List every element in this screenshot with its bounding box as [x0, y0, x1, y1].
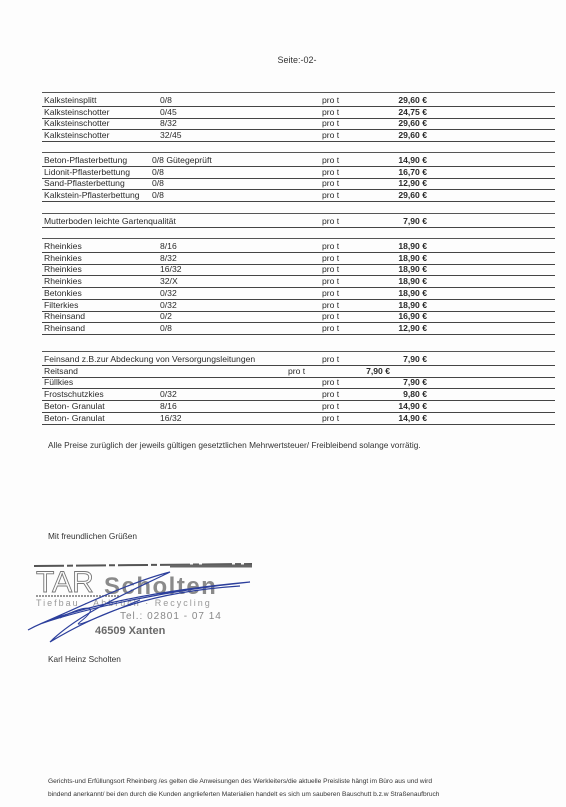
unit-label: pro t	[322, 106, 339, 118]
price-value: 7,90 €	[403, 353, 427, 365]
price-value: 29,60 €	[398, 117, 427, 129]
product-name: Mutterboden leichte Gartenqualität	[44, 215, 176, 227]
unit-label: pro t	[288, 365, 305, 377]
vat-note: Alle Preise zurüglich der jeweils gültig…	[48, 440, 421, 450]
price-value: 29,60 €	[398, 94, 427, 106]
product-name: Kalksteinsplitt	[44, 94, 97, 106]
price-value: 7,90 €	[403, 215, 427, 227]
page-number-header: Seite:-02-	[0, 55, 566, 65]
product-name: Beton- Granulat	[44, 400, 105, 412]
grain-size: 0/8	[160, 94, 172, 106]
price-row: Kalksteinschotter32/45pro t29,60 €	[42, 129, 555, 141]
row-underline	[42, 227, 555, 228]
product-name: Frostschutzkies	[44, 388, 104, 400]
grain-size: 0/45	[160, 106, 177, 118]
grain-size: 0/2	[160, 310, 172, 322]
price-value: 16,70 €	[398, 166, 427, 178]
unit-label: pro t	[322, 177, 339, 189]
price-value: 12,90 €	[398, 322, 427, 334]
legal-footer: Gerichts-und Erfüllungsort Rheinberg /es…	[48, 775, 439, 801]
price-value: 29,60 €	[398, 129, 427, 141]
price-row: Rheinkies8/16pro t18,90 €	[42, 240, 555, 252]
product-name: Füllkies	[44, 376, 73, 388]
grain-size: 8/32	[160, 117, 177, 129]
price-row: Betonkies0/32pro t18,90 €	[42, 287, 555, 299]
price-row: Füllkiespro t7,90 €	[42, 376, 555, 388]
price-row: Kalksteinsplitt0/8pro t29,60 €	[42, 94, 555, 106]
price-value: 24,75 €	[398, 106, 427, 118]
price-value: 18,90 €	[398, 275, 427, 287]
unit-label: pro t	[322, 353, 339, 365]
product-name: Kalksteinschotter	[44, 106, 109, 118]
unit-label: pro t	[322, 129, 339, 141]
price-row: Filterkies0/32pro t18,90 €	[42, 299, 555, 311]
group-divider	[42, 152, 555, 153]
product-name: Feinsand z.B.zur Abdeckung von Versorgun…	[44, 353, 255, 365]
price-row: Beton- Granulat8/16pro t14,90 €	[42, 400, 555, 412]
product-name: Beton- Granulat	[44, 412, 105, 424]
price-row: Kalkstein-Pflasterbettung0/8pro t29,60 €	[42, 189, 555, 201]
unit-label: pro t	[322, 117, 339, 129]
product-name: Betonkies	[44, 287, 82, 299]
product-name: Rheinkies	[44, 252, 82, 264]
group-divider	[42, 92, 555, 93]
price-value: 18,90 €	[398, 299, 427, 311]
price-row: Frostschutzkies0/32pro t9,80 €	[42, 388, 555, 400]
price-row: Beton-Pflasterbettung0/8 Gütegeprüftpro …	[42, 154, 555, 166]
stamp-city: 46509 Xanten	[95, 625, 166, 637]
price-row: Mutterboden leichte Gartenqualitätpro t7…	[42, 215, 555, 227]
price-value: 14,90 €	[398, 412, 427, 424]
stamp-logo-left: TAR	[36, 566, 94, 599]
grain-size: 16/32	[160, 263, 182, 275]
product-name: Rheinkies	[44, 275, 82, 287]
price-row: Feinsand z.B.zur Abdeckung von Versorgun…	[42, 353, 555, 365]
price-value: 14,90 €	[398, 154, 427, 166]
grain-size: 32/45	[160, 129, 182, 141]
price-value: 7,90 €	[366, 365, 390, 377]
unit-label: pro t	[322, 400, 339, 412]
grain-size: 0/32	[160, 299, 177, 311]
price-row: Beton- Granulat16/32pro t14,90 €	[42, 412, 555, 424]
unit-label: pro t	[322, 376, 339, 388]
unit-label: pro t	[322, 310, 339, 322]
price-value: 29,60 €	[398, 189, 427, 201]
unit-label: pro t	[322, 166, 339, 178]
product-name: Rheinkies	[44, 263, 82, 275]
product-name: Rheinkies	[44, 240, 82, 252]
row-underline	[42, 141, 555, 142]
price-row: Kalksteinschotter8/32pro t29,60 €	[42, 117, 555, 129]
product-name: Filterkies	[44, 299, 78, 311]
price-row: Rheinsand0/2pro t16,90 €	[42, 310, 555, 322]
grain-size: 16/32	[160, 412, 182, 424]
unit-label: pro t	[322, 299, 339, 311]
grain-size: 8/32	[160, 252, 177, 264]
unit-label: pro t	[322, 322, 339, 334]
price-value: 18,90 €	[398, 263, 427, 275]
unit-label: pro t	[322, 412, 339, 424]
grain-size: 0/8	[152, 166, 164, 178]
unit-label: pro t	[322, 287, 339, 299]
grain-size: 0/8	[160, 322, 172, 334]
product-name: Kalksteinschotter	[44, 117, 109, 129]
price-value: 9,80 €	[403, 388, 427, 400]
price-row: Rheinkies8/32pro t18,90 €	[42, 252, 555, 264]
product-name: Beton-Pflasterbettung	[44, 154, 127, 166]
unit-label: pro t	[322, 94, 339, 106]
product-name: Sand-Pflasterbettung	[44, 177, 125, 189]
price-value: 16,90 €	[398, 310, 427, 322]
group-divider	[42, 351, 555, 352]
product-name: Kalksteinschotter	[44, 129, 109, 141]
unit-label: pro t	[322, 154, 339, 166]
footer-line-1: Gerichts-und Erfüllungsort Rheinberg /es…	[48, 775, 439, 788]
company-stamp: TAR Scholten Tiefbau · Abbruch · Recycli…	[20, 552, 260, 652]
product-name: Rheinsand	[44, 322, 85, 334]
footer-line-2: bindend anerkannt/ bei den durch die Kun…	[48, 788, 439, 801]
unit-label: pro t	[322, 215, 339, 227]
stamp-graphic: TAR Scholten Tiefbau · Abbruch · Recycli…	[20, 552, 260, 652]
row-underline	[42, 201, 555, 202]
grain-size: 0/8	[152, 177, 164, 189]
price-value: 18,90 €	[398, 287, 427, 299]
price-value: 14,90 €	[398, 400, 427, 412]
product-name: Reitsand	[44, 365, 78, 377]
grain-size: 0/32	[160, 388, 177, 400]
price-row: Reitsandpro t7,90 €	[42, 365, 555, 377]
price-value: 18,90 €	[398, 240, 427, 252]
price-row: Rheinkies16/32pro t18,90 €	[42, 263, 555, 275]
price-row: Rheinsand0/8pro t12,90 €	[42, 322, 555, 334]
price-row: Kalksteinschotter0/45pro t24,75 €	[42, 106, 555, 118]
grain-size: 0/8 Gütegeprüft	[152, 154, 212, 166]
unit-label: pro t	[322, 275, 339, 287]
price-row: Sand-Pflasterbettung0/8pro t12,90 €	[42, 177, 555, 189]
group-divider	[42, 238, 555, 239]
unit-label: pro t	[322, 252, 339, 264]
row-underline	[42, 424, 555, 425]
stamp-phone: Tel.: 02801 - 07 14	[120, 611, 222, 622]
unit-label: pro t	[322, 189, 339, 201]
price-row: Rheinkies32/Xpro t18,90 €	[42, 275, 555, 287]
grain-size: 8/16	[160, 400, 177, 412]
product-name: Rheinsand	[44, 310, 85, 322]
unit-label: pro t	[322, 240, 339, 252]
product-name: Kalkstein-Pflasterbettung	[44, 189, 140, 201]
product-name: Lidonit-Pflasterbettung	[44, 166, 130, 178]
price-value: 7,90 €	[403, 376, 427, 388]
grain-size: 8/16	[160, 240, 177, 252]
grain-size: 0/8	[152, 189, 164, 201]
price-row: Lidonit-Pflasterbettung0/8pro t16,70 €	[42, 166, 555, 178]
row-underline	[42, 334, 555, 335]
price-value: 12,90 €	[398, 177, 427, 189]
closing-greeting: Mit freundlichen Grüßen	[48, 531, 137, 541]
grain-size: 32/X	[160, 275, 178, 287]
grain-size: 0/32	[160, 287, 177, 299]
price-value: 18,90 €	[398, 252, 427, 264]
group-divider	[42, 213, 555, 214]
unit-label: pro t	[322, 263, 339, 275]
signer-name: Karl Heinz Scholten	[48, 654, 121, 664]
unit-label: pro t	[322, 388, 339, 400]
